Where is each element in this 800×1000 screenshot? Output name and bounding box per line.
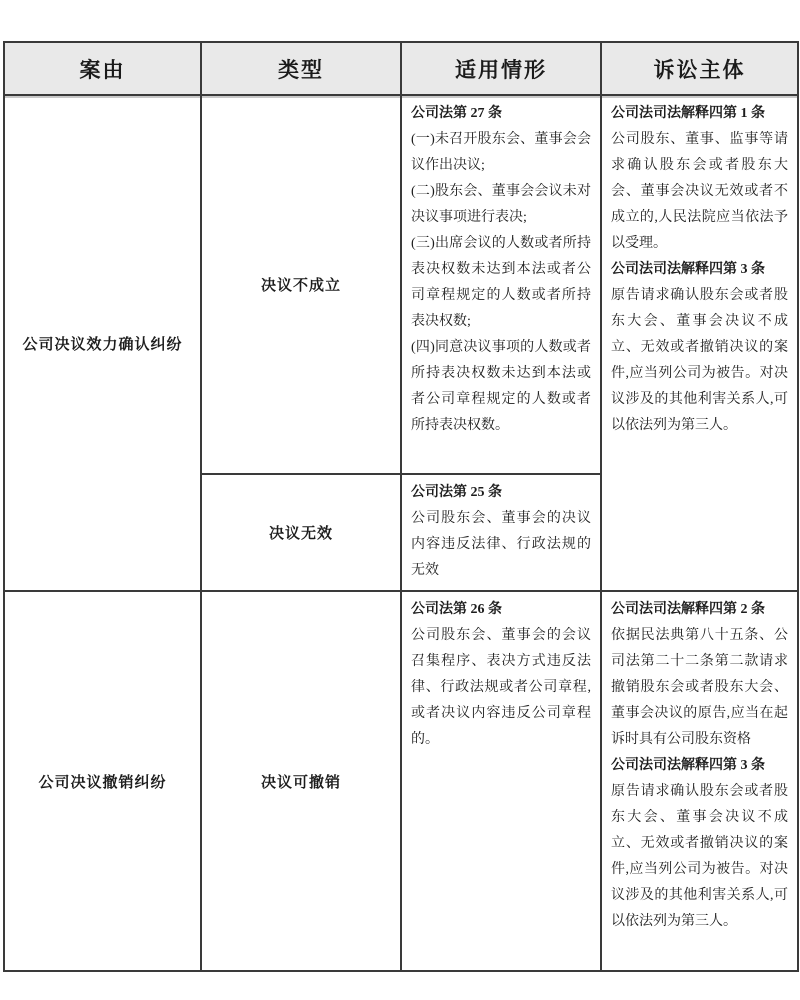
cell-applicable-article-25: 公司法第 25 条 公司股东会、董事会的决议内容违反法律、行政法规的无效 xyxy=(401,474,601,591)
cell-type-invalid: 决议无效 xyxy=(201,474,401,591)
law-paragraph: 公司股东、董事、监事等请求确认股东会或者股东大会、董事会决议无效或者不成立的,人… xyxy=(611,127,788,257)
table-row: 公司决议效力确认纠纷 决议不成立 公司法第 27 条 (一)未召开股东会、董事会… xyxy=(4,95,798,474)
cell-applicable-article-27: 公司法第 27 条 (一)未召开股东会、董事会会议作出决议; (二)股东会、董事… xyxy=(401,95,601,474)
cell-type-not-established: 决议不成立 xyxy=(201,95,401,474)
law-heading: 公司法第 27 条 xyxy=(411,101,591,127)
table-header-row: 案由 类型 适用情形 诉讼主体 xyxy=(4,42,798,95)
law-paragraph: (三)出席会议的人数或者所持表决权数未达到本法或者公司章程规定的人数或者所持表决… xyxy=(411,231,591,335)
header-cell-cause: 案由 xyxy=(4,42,201,95)
law-heading: 公司法司法解释四第 1 条 xyxy=(611,101,788,127)
law-paragraph: (二)股东会、董事会会议未对决议事项进行表决; xyxy=(411,179,591,231)
cell-cause-confirmation-dispute: 公司决议效力确认纠纷 xyxy=(4,95,201,591)
header-cell-type: 类型 xyxy=(201,42,401,95)
law-paragraph: 公司股东会、董事会的会议召集程序、表决方式违反法律、行政法规或者公司章程,或者决… xyxy=(411,623,591,753)
law-paragraph: (四)同意决议事项的人数或者所持表决权数未达到本法或者公司章程规定的人数或者所持… xyxy=(411,335,591,439)
header-cell-applicable: 适用情形 xyxy=(401,42,601,95)
law-heading: 公司法司法解释四第 3 条 xyxy=(611,257,788,283)
cell-applicable-article-26: 公司法第 26 条 公司股东会、董事会的会议召集程序、表决方式违反法律、行政法规… xyxy=(401,591,601,971)
cell-subject-interpretation-2-3: 公司法司法解释四第 2 条 依据民法典第八十五条、公司法第二十二条第二款请求撤销… xyxy=(601,591,798,971)
cell-type-revocable: 决议可撤销 xyxy=(201,591,401,971)
cell-subject-interpretation-1-3: 公司法司法解释四第 1 条 公司股东、董事、监事等请求确认股东会或者股东大会、董… xyxy=(601,95,798,591)
law-paragraph: (一)未召开股东会、董事会会议作出决议; xyxy=(411,127,591,179)
law-heading: 公司法第 25 条 xyxy=(411,480,591,506)
document-page: 案由 类型 适用情形 诉讼主体 公司决议效力确认纠纷 决议不成立 公司法第 27… xyxy=(0,0,800,1000)
law-paragraph: 依据民法典第八十五条、公司法第二十二条第二款请求撤销股东会或者股东大会、董事会决… xyxy=(611,623,788,753)
cell-cause-revocation-dispute: 公司决议撤销纠纷 xyxy=(4,591,201,971)
header-cell-subject: 诉讼主体 xyxy=(601,42,798,95)
law-paragraph: 原告请求确认股东会或者股东大会、董事会决议不成立、无效或者撤销决议的案件,应当列… xyxy=(611,283,788,439)
law-heading: 公司法司法解释四第 3 条 xyxy=(611,753,788,779)
table-row: 公司决议撤销纠纷 决议可撤销 公司法第 26 条 公司股东会、董事会的会议召集程… xyxy=(4,591,798,971)
law-heading: 公司法司法解释四第 2 条 xyxy=(611,597,788,623)
legal-table: 案由 类型 适用情形 诉讼主体 公司决议效力确认纠纷 决议不成立 公司法第 27… xyxy=(3,41,799,972)
law-heading: 公司法第 26 条 xyxy=(411,597,591,623)
law-paragraph: 原告请求确认股东会或者股东大会、董事会决议不成立、无效或者撤销决议的案件,应当列… xyxy=(611,779,788,935)
law-paragraph: 公司股东会、董事会的决议内容违反法律、行政法规的无效 xyxy=(411,506,591,584)
